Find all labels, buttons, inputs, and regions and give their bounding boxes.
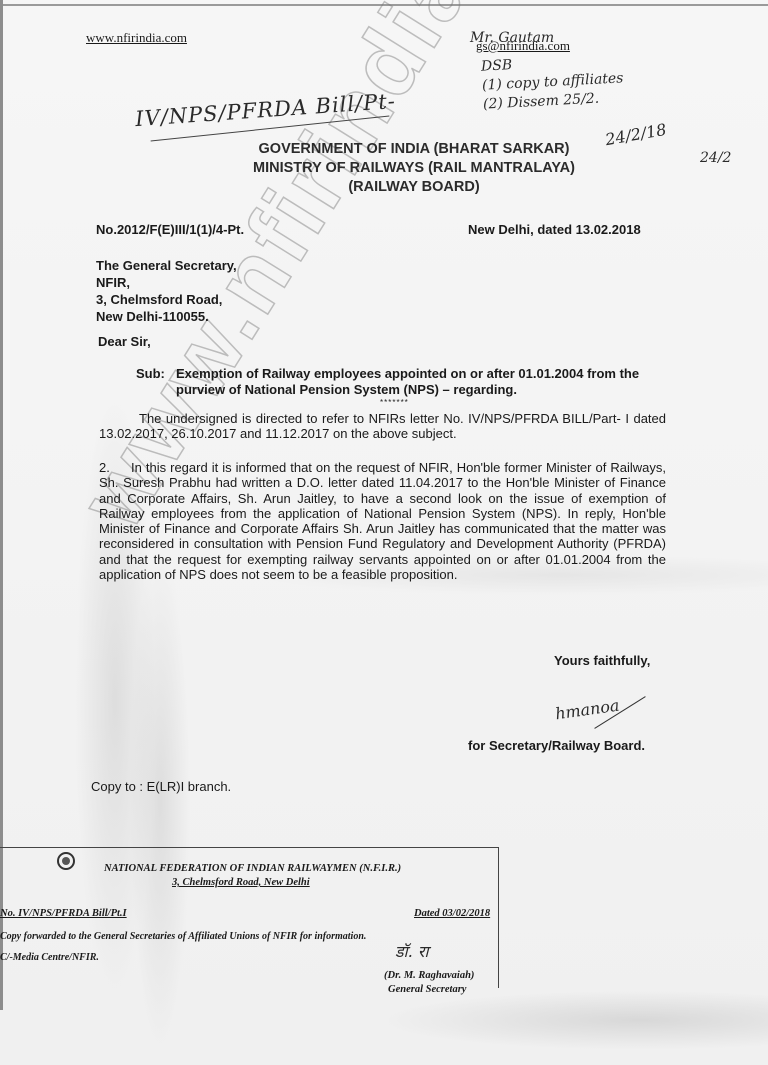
address-line: 3, Chelmsford Road,: [96, 291, 237, 308]
subject-text: Exemption of Railway employees appointed…: [176, 366, 676, 398]
copy-to: Copy to : E(LR)I branch.: [91, 779, 231, 794]
nfir-address: 3, Chelmsford Road, New Delhi: [172, 877, 310, 888]
salutation: Dear Sir,: [98, 334, 151, 349]
gs-title: General Secretary: [388, 984, 466, 995]
recipient-address: The General Secretary, NFIR, 3, Chelmsfo…: [96, 257, 237, 325]
paragraph-number: 2.: [99, 460, 131, 475]
scan-top-edge: [0, 4, 768, 6]
handwritten-file-ref: IV/NPS/PFRDA Bill/Pt-: [134, 89, 396, 131]
nfir-date: Dated 03/02/2018: [414, 908, 490, 919]
handwritten-addressee: Mr. Gautam: [470, 30, 554, 46]
handwritten-instructions: DSB (1) copy to affiliates (2) Dissem 25…: [481, 50, 625, 114]
website-link[interactable]: www.nfirindia.com: [86, 30, 187, 46]
document-page: www.nfirindia.com www.nfirindia.com gs@n…: [0, 0, 768, 1065]
letter-date: New Delhi, dated 13.02.2018: [468, 222, 641, 237]
letterhead: GOVERNMENT OF INDIA (BHARAT SARKAR) MINI…: [0, 140, 768, 197]
nfir-emblem-icon: [57, 852, 75, 870]
letter-reference: No.2012/F(E)III/1(1)/4-Pt.: [96, 222, 244, 237]
paragraph-2: 2.In this regard it is informed that on …: [99, 460, 666, 582]
nfir-org-name: NATIONAL FEDERATION OF INDIAN RAILWAYMEN…: [104, 863, 401, 874]
gs-name: (Dr. M. Raghavaiah): [384, 970, 474, 981]
gs-signature: डॉ. रा: [395, 940, 429, 962]
closing: Yours faithfully,: [554, 653, 650, 668]
signature: hmanoa: [554, 696, 621, 724]
nfir-reference: No. IV/NPS/PFRDA Bill/Pt.I: [0, 908, 127, 919]
signatory: for Secretary/Railway Board.: [468, 738, 645, 753]
letterhead-line: (RAILWAY BOARD): [0, 178, 768, 197]
address-line: The General Secretary,: [96, 257, 237, 274]
subject: Sub: Exemption of Railway employees appo…: [136, 366, 676, 398]
letterhead-line: GOVERNMENT OF INDIA (BHARAT SARKAR): [0, 140, 768, 159]
subject-label: Sub:: [136, 366, 176, 398]
address-line: New Delhi-110055.: [96, 308, 237, 325]
paragraph-1: The undersigned is directed to refer to …: [99, 411, 666, 442]
paragraph-2-text: In this regard it is informed that on th…: [99, 460, 666, 582]
separator: *******: [380, 398, 409, 407]
letterhead-line: MINISTRY OF RAILWAYS (RAIL MANTRALAYA): [0, 159, 768, 178]
address-line: NFIR,: [96, 274, 237, 291]
nfir-media: C/-Media Centre/NFIR.: [0, 952, 99, 963]
nfir-forwarded: Copy forwarded to the General Secretarie…: [0, 931, 366, 942]
